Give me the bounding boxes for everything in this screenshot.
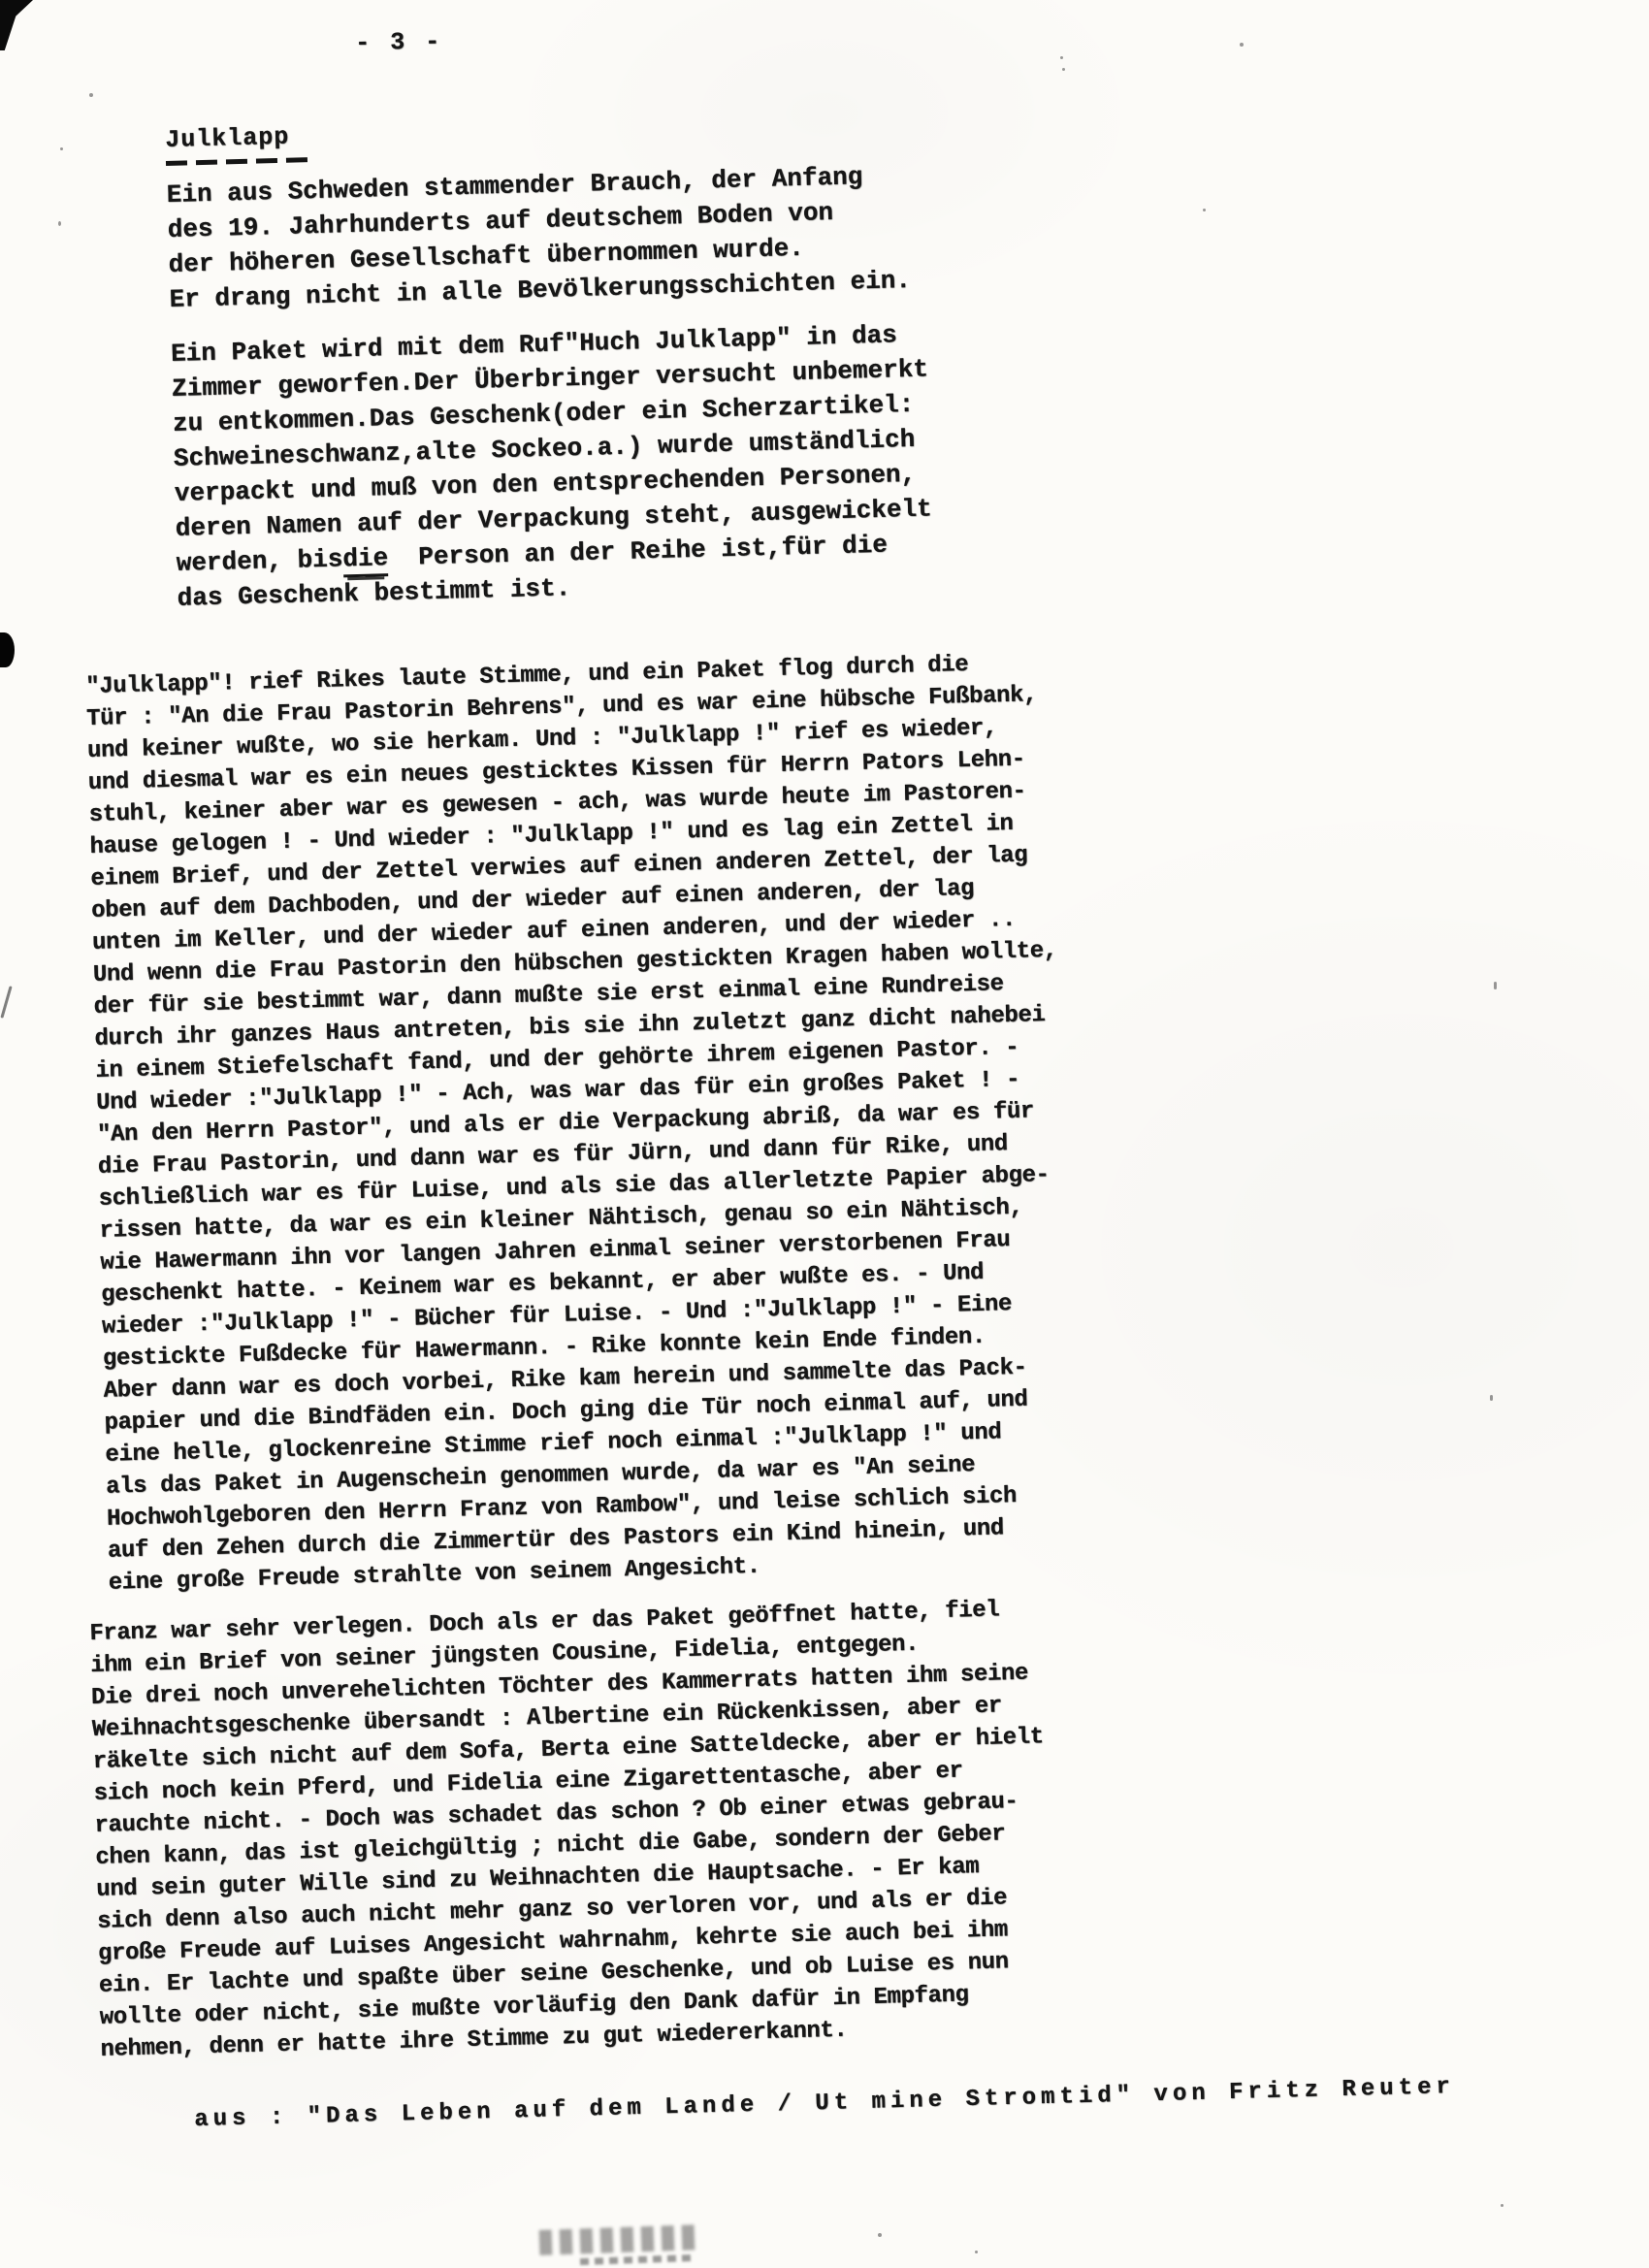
section-heading: Julklapp bbox=[165, 107, 922, 154]
scan-artifact-speck bbox=[1203, 209, 1206, 211]
scan-artifact-bottom-smudge bbox=[580, 2254, 696, 2265]
scan-artifact-speck bbox=[1060, 56, 1063, 59]
underlined-word: die bbox=[342, 543, 389, 577]
scan-artifact-speck bbox=[89, 93, 93, 97]
scan-artifact-slash bbox=[0, 986, 12, 1019]
definition-section: Julklapp Ein aus Schweden stammender Bra… bbox=[165, 107, 934, 616]
scan-artifact-speck bbox=[60, 147, 63, 150]
scan-artifact-speck bbox=[1490, 1395, 1493, 1401]
scan-artifact-speck bbox=[1494, 982, 1497, 989]
definition-paragraph-2: Ein Paket wird mit dem Ruf"Huch Julklapp… bbox=[171, 317, 933, 546]
scan-artifact-speck bbox=[1501, 2204, 1503, 2207]
heading-dashed-underline bbox=[166, 157, 313, 166]
story-paragraph-1: "Julklapp"! rief Rikes laute Stimme, und… bbox=[85, 647, 1073, 1600]
story-paragraph-2: Franz war sehr verlegen. Doch als er das… bbox=[89, 1593, 1051, 2065]
line-part-pre: werden, bis bbox=[176, 544, 342, 577]
page-number: - 3 - bbox=[355, 27, 443, 57]
definition-paragraph-1: Ein aus Schweden stammender Brauch, der … bbox=[166, 158, 926, 317]
scan-artifact-speck bbox=[878, 2233, 882, 2237]
scan-artifact-speck bbox=[1240, 43, 1244, 47]
scan-artifact-bottom-smudge bbox=[539, 2224, 703, 2255]
source-attribution: aus : "Das Leben auf dem Lande / Ut mine… bbox=[194, 2074, 1455, 2133]
scanned-document: { "colors": { "ink": "#161616", "paper":… bbox=[0, 0, 1649, 2268]
scan-artifact-edge-blob bbox=[0, 632, 15, 667]
scan-artifact-corner bbox=[0, 0, 33, 50]
scan-artifact-speck bbox=[1062, 68, 1065, 71]
scan-artifact-speck bbox=[58, 221, 61, 226]
scan-artifact-speck bbox=[975, 2251, 978, 2253]
